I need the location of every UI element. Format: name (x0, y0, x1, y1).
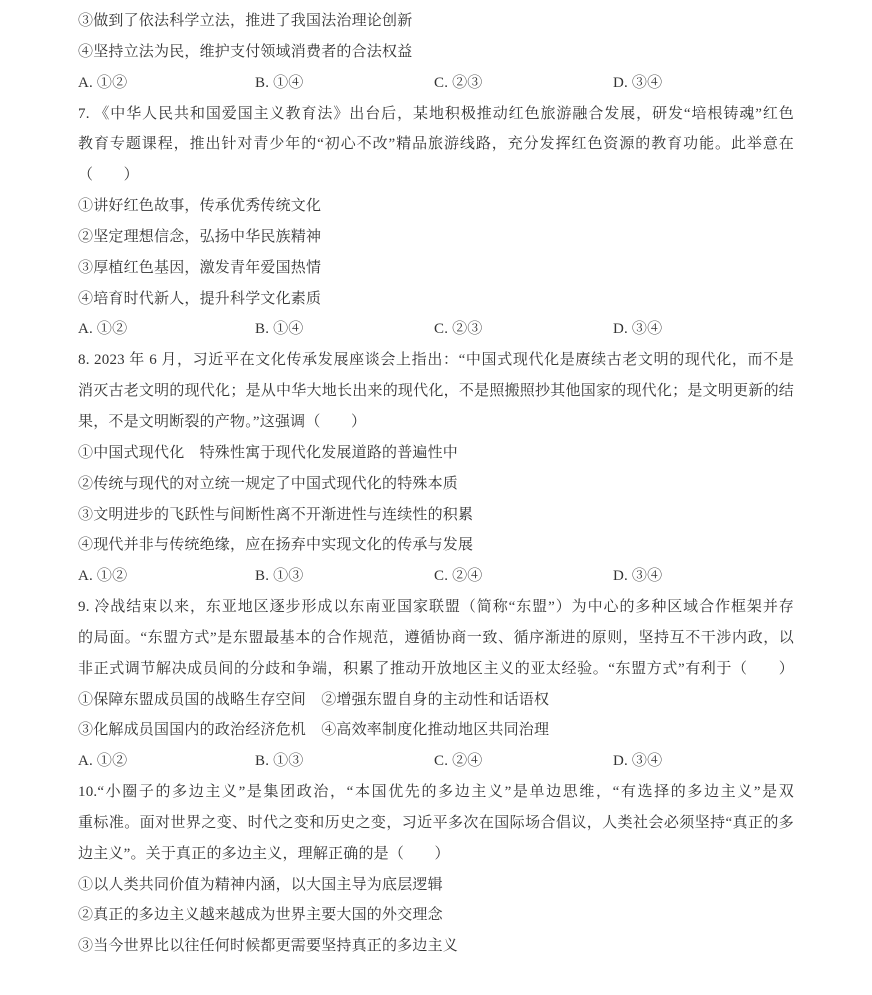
options-row: A. ①② B. ①④ C. ②③ D. ③④ (78, 68, 794, 99)
question-9: 9. 冷战结束以来，东亚地区逐步形成以东南亚国家联盟（简称“东盟”）为中心的多种… (78, 592, 794, 777)
option-b: B. ①④ (255, 68, 434, 99)
question-stem-line: 10.“小圈子的多边主义”是集团政治，“本国优先的多边主义”是单边思维，“有选择… (78, 777, 794, 808)
option-c: C. ②③ (434, 314, 613, 345)
option-d: D. ③④ (613, 68, 794, 99)
option-a: A. ①② (78, 68, 255, 99)
choice-item: ④培育时代新人，提升科学文化素质 (78, 284, 794, 315)
choice-item: ①中国式现代化 特殊性寓于现代化发展道路的普遍性中 (78, 438, 794, 469)
choice-item: ④现代并非与传统绝缘，应在扬弃中实现文化的传承与发展 (78, 530, 794, 561)
choice-item: ②传统与现代的对立统一规定了中国式现代化的特殊本质 (78, 469, 794, 500)
choice-item-pair: ③化解成员国国内的政治经济危机 ④高效率制度化推动地区共同治理 (78, 715, 794, 746)
question-stem-line: 8. 2023 年 6 月，习近平在文化传承发展座谈会上指出：“中国式现代化是赓… (78, 345, 794, 376)
choice-item: ③文明进步的飞跃性与间断性离不开渐进性与连续性的积累 (78, 500, 794, 531)
option-a: A. ①② (78, 561, 255, 592)
question-7: 7. 《中华人民共和国爱国主义教育法》出台后，某地积极推动红色旅游融合发展，研发… (78, 99, 794, 346)
option-c: C. ②④ (434, 746, 613, 777)
choice-item: ①以人类共同价值为精神内涵，以大国主导为底层逻辑 (78, 870, 794, 901)
option-a: A. ①② (78, 746, 255, 777)
question-stem-line: 7. 《中华人民共和国爱国主义教育法》出台后，某地积极推动红色旅游融合发展，研发… (78, 99, 794, 130)
answer-blank-parentheses: （ ） (78, 160, 794, 191)
choice-item: ④坚持立法为民，维护支付领域消费者的合法权益 (78, 37, 794, 68)
question-stem-line: 教育专题课程，推出针对青少年的“初心不改”精品旅游线路，充分发挥红色资源的教育功… (78, 129, 794, 160)
question-10: 10.“小圈子的多边主义”是集团政治，“本国优先的多边主义”是单边思维，“有选择… (78, 777, 794, 962)
option-b: B. ①④ (255, 314, 434, 345)
options-row: A. ①② B. ①④ C. ②③ D. ③④ (78, 314, 794, 345)
options-row: A. ①② B. ①③ C. ②④ D. ③④ (78, 746, 794, 777)
question-stem-line: 重标准。面对世界之变、时代之变和历史之变，习近平多次在国际场合倡议，人类社会必须… (78, 808, 794, 839)
choice-item: ②坚定理想信念，弘扬中华民族精神 (78, 222, 794, 253)
option-b: B. ①③ (255, 561, 434, 592)
choice-item: ③厚植红色基因，激发青年爱国热情 (78, 253, 794, 284)
choice-item: ③做到了依法科学立法，推进了我国法治理论创新 (78, 6, 794, 37)
option-d: D. ③④ (613, 561, 794, 592)
question-stem-line: 的局面。“东盟方式”是东盟最基本的合作规范，遵循协商一致、循序渐进的原则，坚持互… (78, 623, 794, 654)
choice-item: ①讲好红色故事，传承优秀传统文化 (78, 191, 794, 222)
question-stem-line: 9. 冷战结束以来，东亚地区逐步形成以东南亚国家联盟（简称“东盟”）为中心的多种… (78, 592, 794, 623)
exam-page: ③做到了依法科学立法，推进了我国法治理论创新 ④坚持立法为民，维护支付领域消费者… (0, 0, 872, 995)
options-row: A. ①② B. ①③ C. ②④ D. ③④ (78, 561, 794, 592)
question-8: 8. 2023 年 6 月，习近平在文化传承发展座谈会上指出：“中国式现代化是赓… (78, 345, 794, 592)
question-stem-line: 果，不是文明断裂的产物。”这强调（ ） (78, 407, 794, 438)
question-6-tail: ③做到了依法科学立法，推进了我国法治理论创新 ④坚持立法为民，维护支付领域消费者… (78, 6, 794, 99)
option-d: D. ③④ (613, 314, 794, 345)
option-a: A. ①② (78, 314, 255, 345)
option-c: C. ②③ (434, 68, 613, 99)
option-c: C. ②④ (434, 561, 613, 592)
choice-item-pair: ①保障东盟成员国的战略生存空间 ②增强东盟自身的主动性和话语权 (78, 685, 794, 716)
choice-item: ③当今世界比以往任何时候都更需要坚持真正的多边主义 (78, 931, 794, 962)
question-stem-line: 边主义”。关于真正的多边主义，理解正确的是（ ） (78, 839, 794, 870)
option-b: B. ①③ (255, 746, 434, 777)
choice-item: ②真正的多边主义越来越成为世界主要大国的外交理念 (78, 900, 794, 931)
option-d: D. ③④ (613, 746, 794, 777)
question-stem-line: 非正式调节解决成员间的分歧和争端，积累了推动开放地区主义的亚太经验。“东盟方式”… (78, 654, 794, 685)
question-stem-line: 消灭古老文明的现代化；是从中华大地长出来的现代化，不是照搬照抄其他国家的现代化；… (78, 376, 794, 407)
